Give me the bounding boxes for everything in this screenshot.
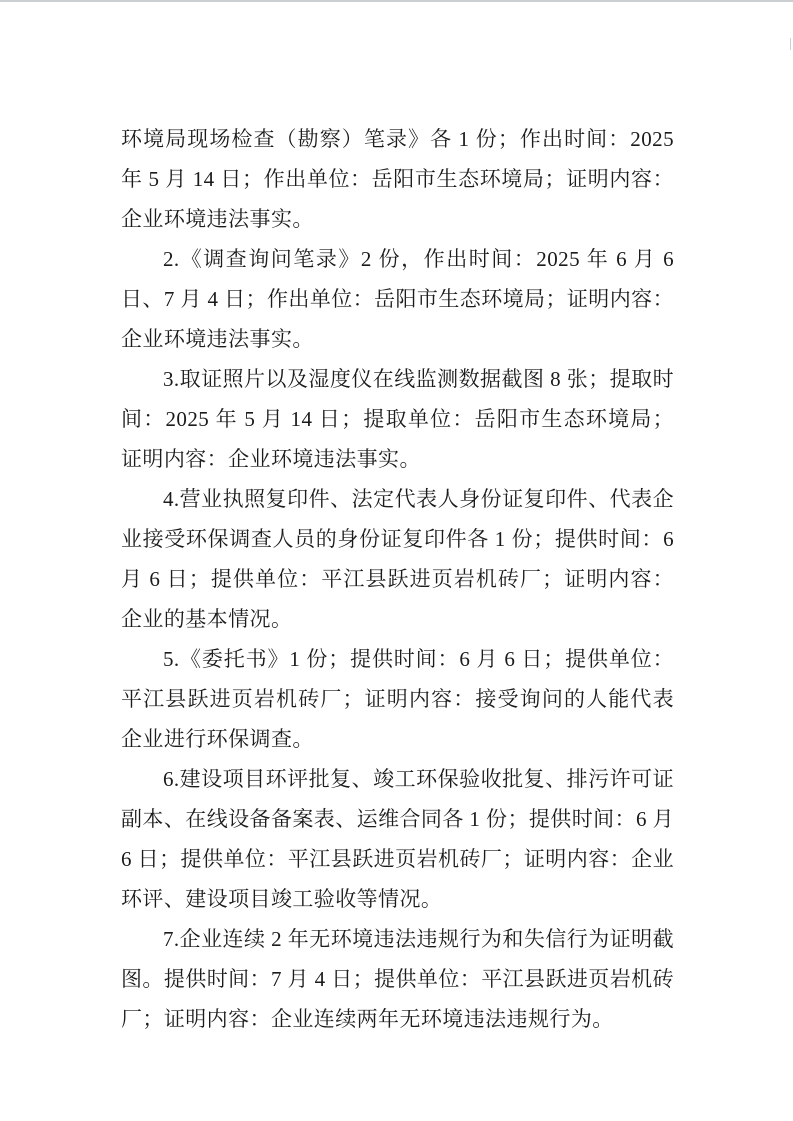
paragraph-evidence-5: 5.《委托书》1 份；提供时间：6 月 6 日；提供单位：平江县跃进页岩机砖厂；… — [121, 639, 674, 759]
paragraph-evidence-2: 2.《调查询问笔录》2 份，作出时间：2025 年 6 月 6 日、7 月 4 … — [121, 239, 674, 359]
paragraph-evidence-1-continuation: 环境局现场检查（勘察）笔录》各 1 份；作出时间：2025 年 5 月 14 日… — [121, 119, 674, 239]
scanned-document-page: 环境局现场检查（勘察）笔录》各 1 份；作出时间：2025 年 5 月 14 日… — [0, 0, 793, 1121]
paragraph-evidence-7: 7.企业连续 2 年无环境违法违规行为和失信行为证明截图。提供时间：7 月 4 … — [121, 919, 674, 1039]
paragraph-evidence-4: 4.营业执照复印件、法定代表人身份证复印件、代表企业接受环保调查人员的身份证复印… — [121, 479, 674, 639]
scan-noise-tick — [790, 38, 791, 50]
paragraph-evidence-6: 6.建设项目环评批复、竣工环保验收批复、排污许可证副本、在线设备备案表、运维合同… — [121, 759, 674, 919]
scan-edge-artifact — [0, 0, 793, 2]
paragraph-evidence-3: 3.取证照片以及湿度仪在线监测数据截图 8 张；提取时间：2025 年 5 月 … — [121, 359, 674, 479]
document-body: 环境局现场检查（勘察）笔录》各 1 份；作出时间：2025 年 5 月 14 日… — [121, 119, 674, 1039]
